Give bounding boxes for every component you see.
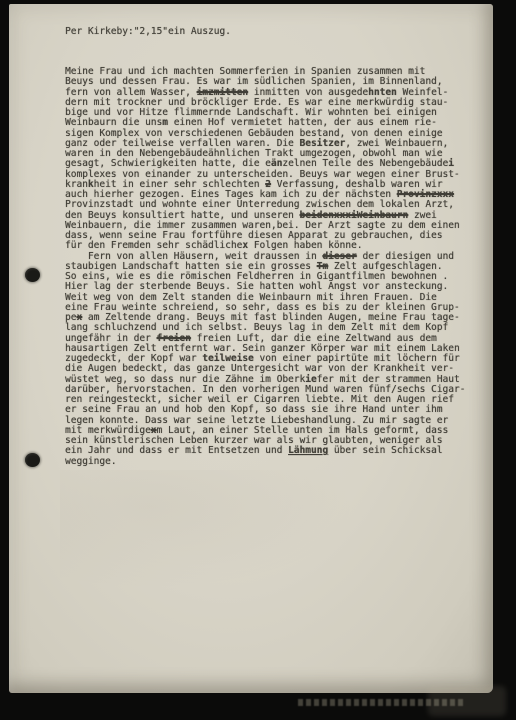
- overtyped-text: Lähmung: [288, 445, 328, 456]
- text-line: ein Jahr und dass er mit Entsetzen und L…: [65, 446, 465, 456]
- text-body: Meine Frau und ich machten Sommerferien …: [65, 67, 465, 467]
- document-title: Per Kirkeby:"2,15"ein Auszug.: [65, 26, 231, 37]
- text-segment: wegginge.: [65, 456, 116, 467]
- hole-punch-top: [25, 268, 40, 282]
- text-segment: über sein Schicksal: [328, 445, 442, 456]
- hole-punch-bottom: [25, 453, 40, 467]
- scanned-document-page: { "page": { "title": "Per Kirkeby:\"2,15…: [0, 0, 516, 720]
- text-line: wegginge.: [65, 457, 465, 467]
- faint-stamp-ghost: [428, 686, 506, 716]
